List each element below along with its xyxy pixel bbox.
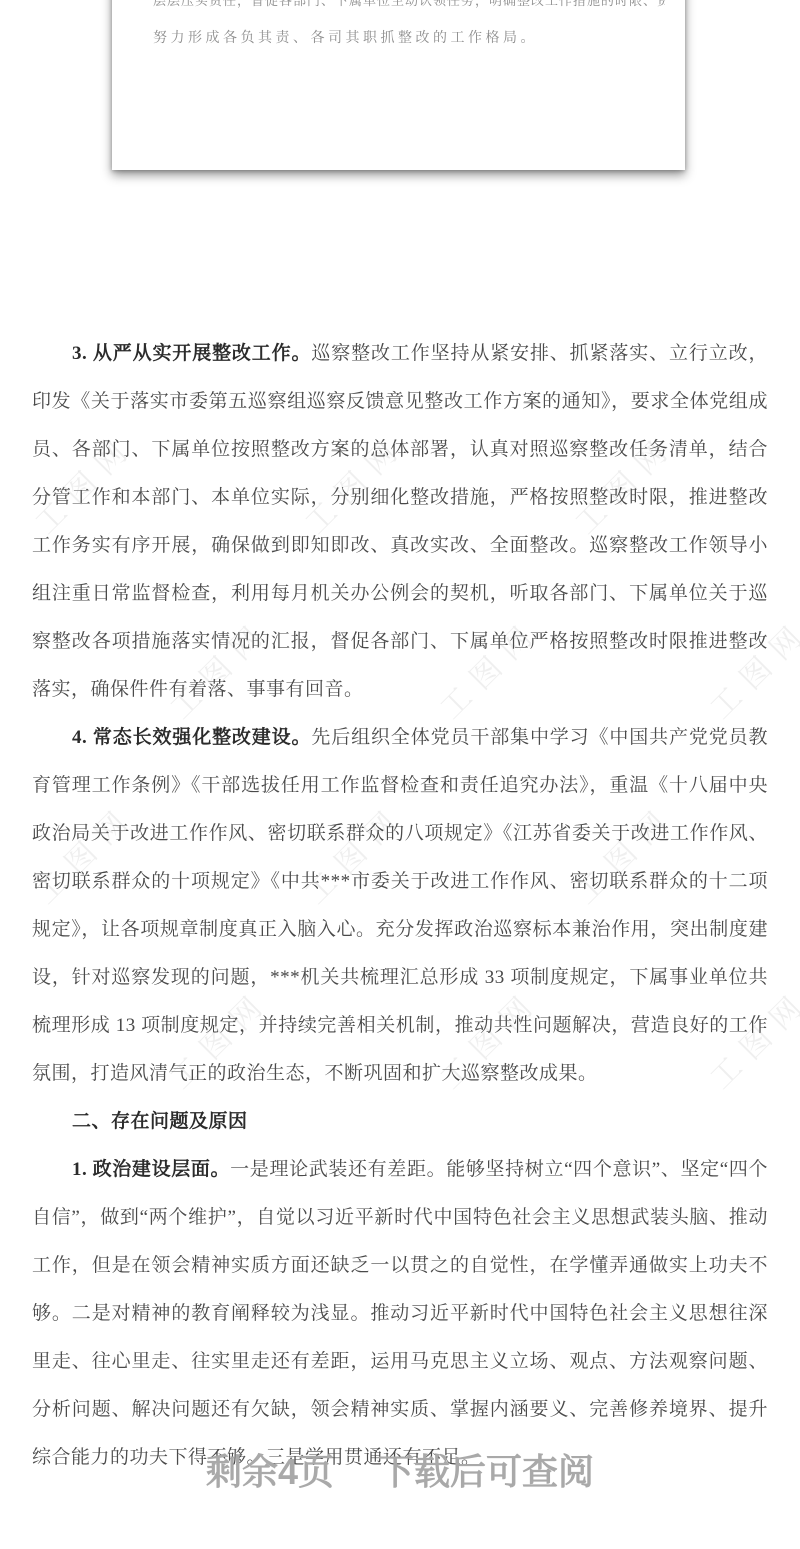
previous-page-clipped-line: 层层压实责任，督促各部门、下属单位主动认领任务，明确整改工作措施的时限、责任到位… — [153, 0, 665, 9]
paragraph-political-building-body: 一是理论武装还有差距。能够坚持树立“四个意识”、坚定“四个自信”，做到“两个维护… — [32, 1159, 768, 1468]
download-hint: 下载后可查阅 — [378, 1451, 594, 1492]
previous-page-card — [112, 0, 685, 170]
remaining-pages-count: 剩余4页 — [206, 1451, 334, 1492]
page-body: 3. 从严从实开展整改工作。巡察整改工作坚持从紧安排、抓紧落实、立行立改，印发《… — [32, 330, 768, 1482]
paragraph-long-term-building: 4. 常态长效强化整改建设。先后组织全体党员干部集中学习《中国共产党党员教育管理… — [32, 714, 768, 1098]
previous-page-last-line: 努力形成各负其责、各司其职抓整改的工作格局。 — [153, 27, 665, 47]
paragraph-political-building: 1. 政治建设层面。一是理论武装还有差距。能够坚持树立“四个意识”、坚定“四个自… — [32, 1146, 768, 1482]
paragraph-rectification-work: 3. 从严从实开展整改工作。巡察整改工作坚持从紧安排、抓紧落实、立行立改，印发《… — [32, 330, 768, 714]
paragraph-political-building-lead: 1. 政治建设层面。 — [72, 1159, 230, 1180]
paragraph-long-term-building-body: 先后组织全体党员干部集中学习《中国共产党党员教育管理工作条例》《干部选拔任用工作… — [32, 727, 768, 1084]
document-preview-page: 工图网工图网工图网工图网工图网工图网工图网工图网工图网工图网工图网工图网 层层压… — [0, 0, 800, 1549]
remaining-pages-bar: 剩余4页下载后可查阅 — [0, 1444, 800, 1495]
paragraph-long-term-building-lead: 4. 常态长效强化整改建设。 — [72, 727, 311, 748]
paragraph-rectification-work-lead: 3. 从严从实开展整改工作。 — [72, 343, 311, 364]
section-heading-problems-and-causes: 二、存在问题及原因 — [32, 1098, 768, 1146]
paragraph-rectification-work-body: 巡察整改工作坚持从紧安排、抓紧落实、立行立改，印发《关于落实市委第五巡察组巡察反… — [32, 343, 768, 700]
